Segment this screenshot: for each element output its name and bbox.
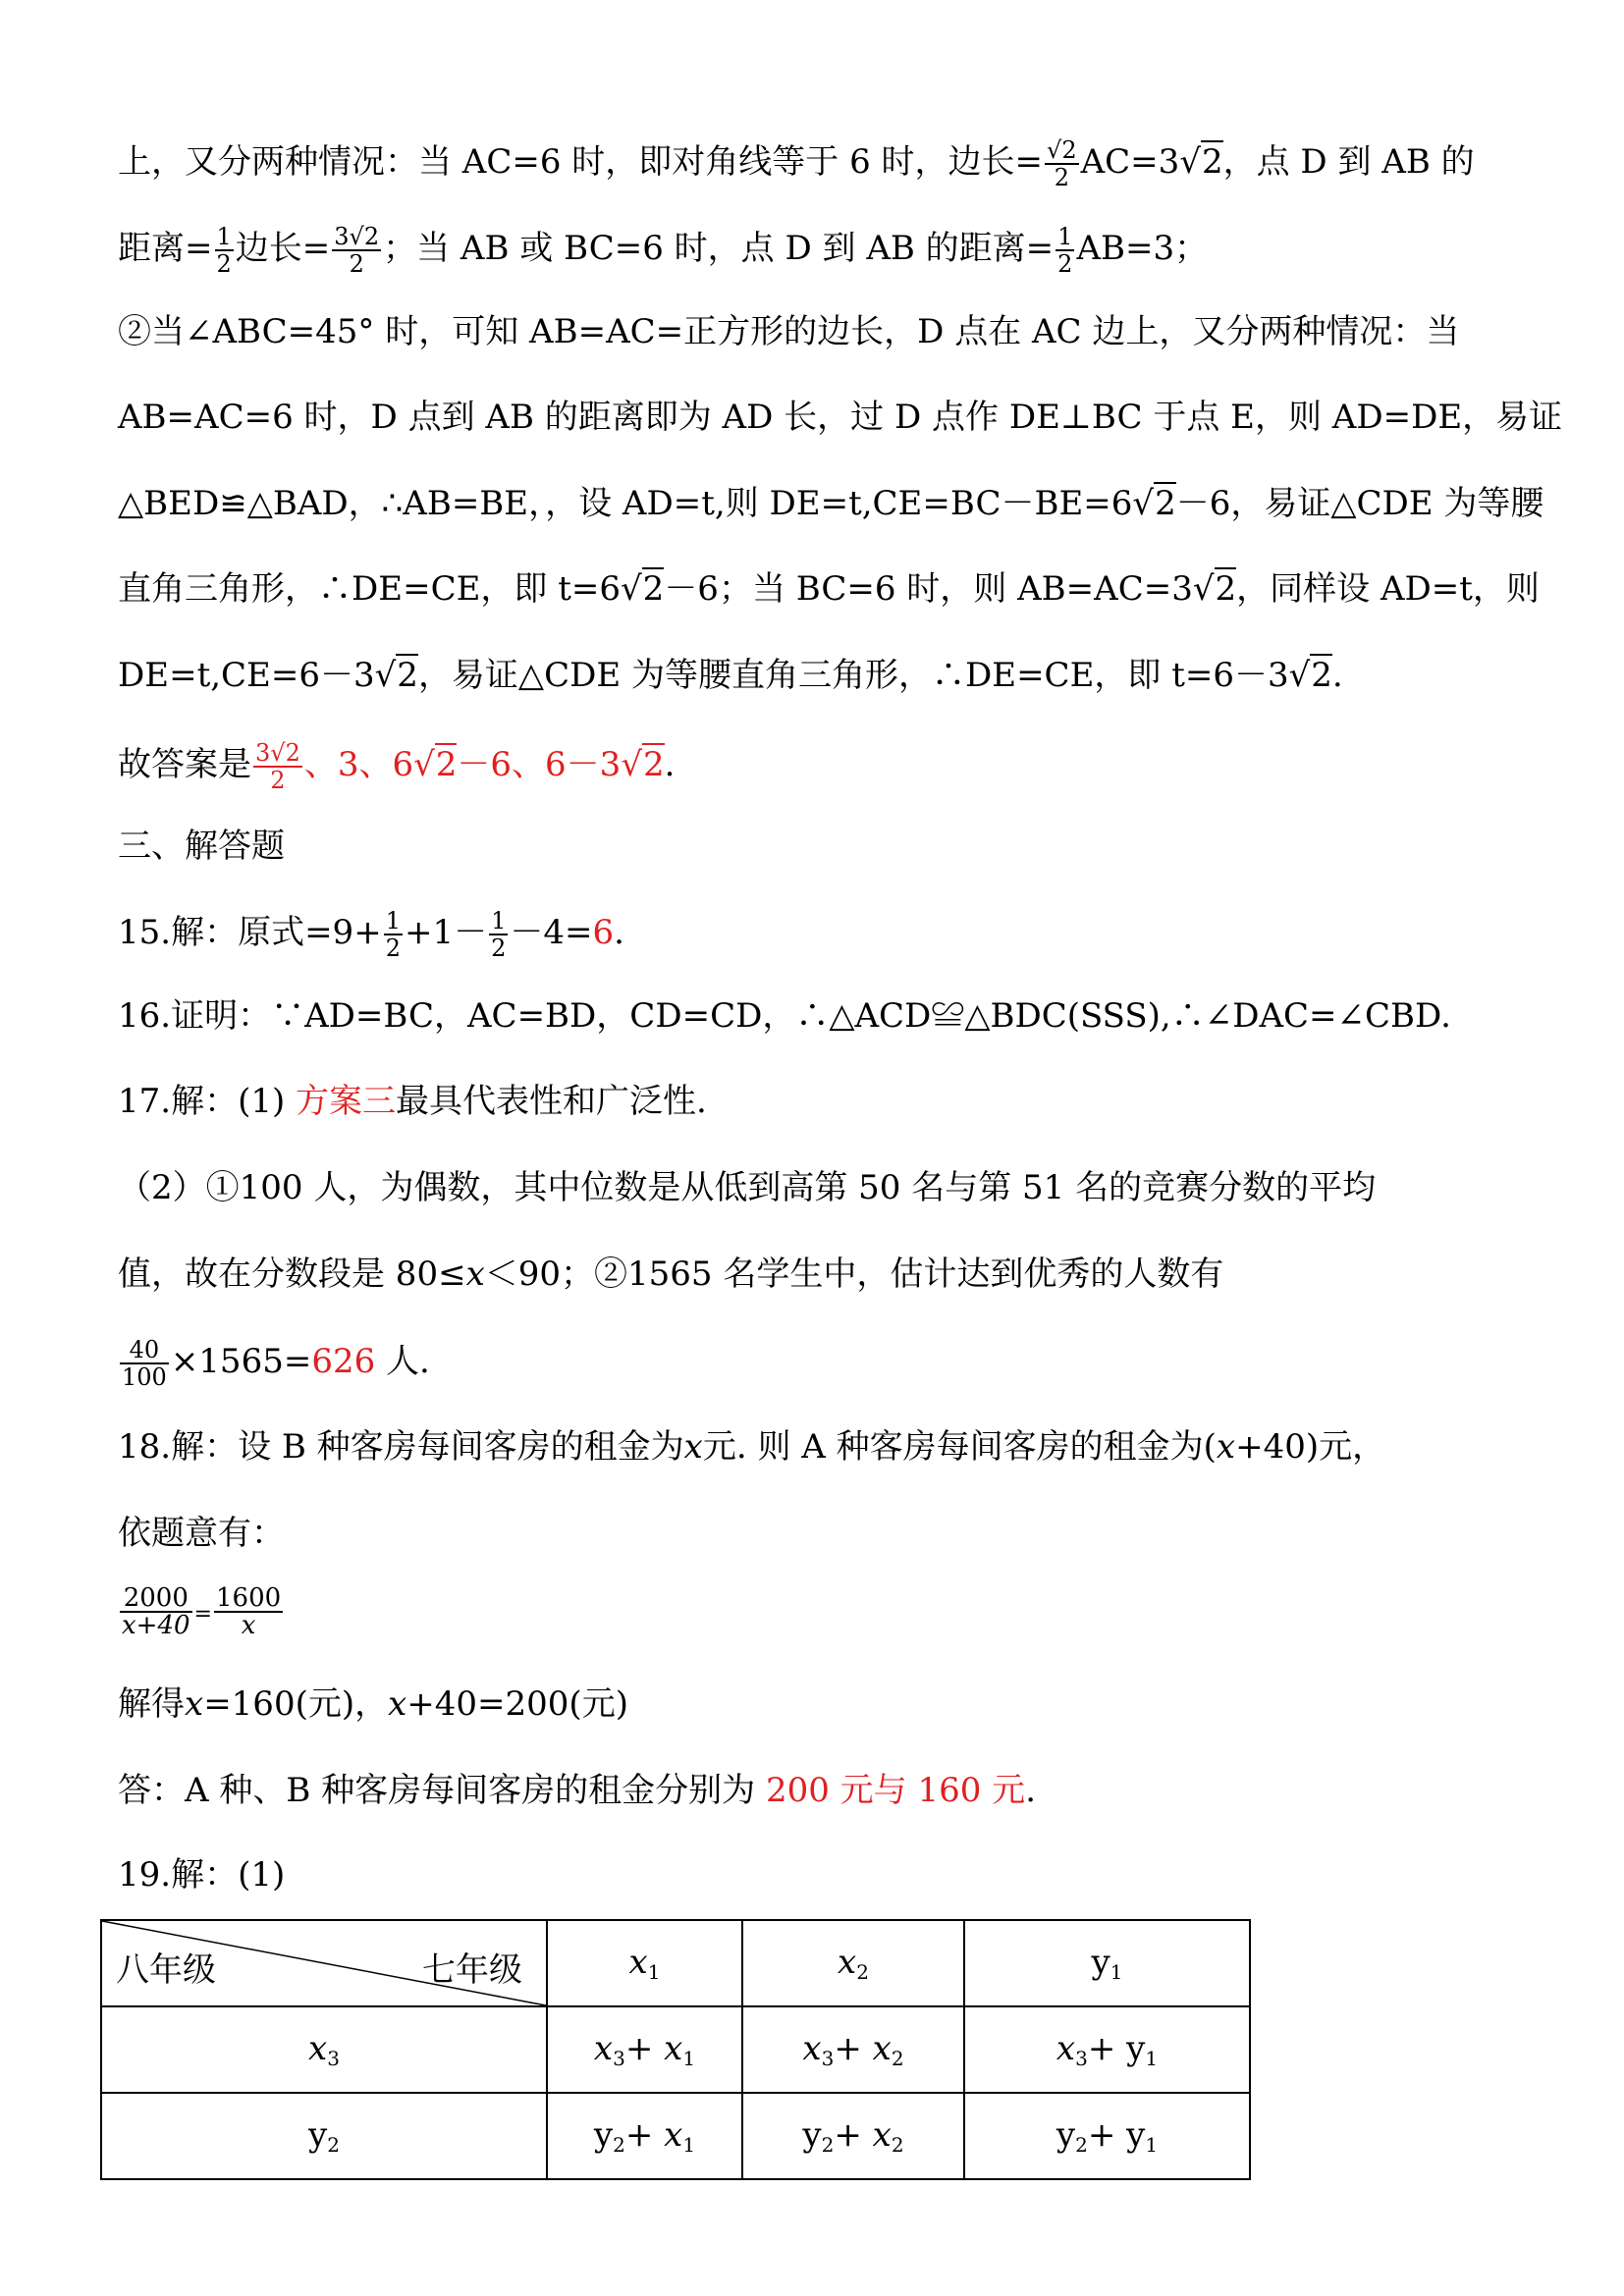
text-segment: AC=3: [1081, 142, 1180, 182]
fraction-denominator: 2: [253, 768, 302, 793]
fraction-numerator: 1: [384, 908, 403, 935]
text-segment: .: [614, 913, 624, 952]
table-cell: x3+ x2: [742, 2006, 964, 2093]
fraction-numerator: 1600: [214, 1585, 283, 1613]
fraction: 3√22: [332, 224, 381, 277]
text-line-1: 上，又分两种情况：当 AC=6 时，即对角线等于 6 时，边长=√22AC=3√…: [118, 137, 1522, 190]
variable-x: x: [388, 1684, 406, 1724]
text-segment: =160(元)，: [203, 1684, 388, 1724]
text-segment: 人.: [375, 1342, 430, 1381]
answer-line-18: 答：A 种、B 种客房每间客房的租金分别为 200 元与 160 元.: [118, 1769, 1522, 1812]
fraction-denominator: 2: [1056, 251, 1074, 277]
text-segment: ＜90；②1565 名学生中，估计达到优秀的人数有: [485, 1255, 1224, 1294]
text-segment: 值，故在分数段是 80≤: [118, 1255, 466, 1294]
fraction-numerator: 3√2: [332, 224, 381, 251]
radicand: 2: [396, 654, 418, 695]
radicand: 2: [642, 567, 665, 609]
radicand: 2: [1310, 654, 1332, 695]
fraction: 12: [215, 224, 234, 277]
text-segment: 距离=: [118, 229, 213, 268]
question-17-part-1: 17.解：(1) 方案三最具代表性和广泛性.: [118, 1080, 1522, 1123]
fraction-denominator: 2: [384, 935, 403, 961]
document-page: 上，又分两种情况：当 AC=6 时，即对角线等于 6 时，边长=√22AC=3√…: [0, 0, 1624, 2296]
table-cell: y2+ y1: [964, 2093, 1250, 2179]
table-row: y2 y2+ x1 y2+ x2 y2+ y1: [101, 2093, 1250, 2179]
text-segment: 15.解：原式=9+: [118, 913, 382, 952]
answer-text: 、3、6: [304, 745, 413, 784]
radicand: 2: [1215, 567, 1237, 609]
radicand: 2: [1201, 140, 1223, 182]
fraction-numerator: 1: [489, 908, 508, 935]
fraction: 1600x: [214, 1585, 283, 1638]
text-line-19: 解得x=160(元)，x+40=200(元): [118, 1682, 1522, 1726]
fraction-denominator: 2: [1045, 165, 1079, 190]
fraction-numerator: 1: [1056, 224, 1074, 251]
sqrt-expression: √2: [413, 743, 457, 786]
table-cell: y2+ x1: [547, 2093, 742, 2179]
section-heading: 三、解答题: [118, 825, 1522, 868]
fraction-numerator: 3√2: [253, 740, 302, 768]
radicand: 2: [435, 743, 458, 784]
text-segment: AB=3；: [1076, 229, 1208, 268]
sqrt-expression: √2: [1193, 567, 1236, 611]
sqrt-expression: √2: [621, 743, 664, 786]
sqrt-expression: √2: [1289, 654, 1332, 697]
variable-x: x: [466, 1255, 485, 1294]
text-segment: +1－: [405, 913, 487, 952]
table-header-cell: x1: [547, 1920, 742, 2006]
text-line-5: △BED≌△BAD，∴AB=BE，，设 AD=t,则 DE=t,CE=BC－BE…: [118, 482, 1522, 525]
fraction: √22: [1045, 137, 1079, 190]
text-line-6: 直角三角形，∴DE=CE，即 t=6√2－6；当 BC=6 时，则 AB=AC=…: [118, 567, 1522, 611]
text-line-17: 依题意有：: [118, 1512, 1522, 1555]
text-segment: －6，易证△CDE 为等腰: [1176, 484, 1544, 523]
text-segment: －4=: [510, 913, 592, 952]
variable-x: x: [684, 1427, 703, 1467]
text-segment: ，点 D 到 AB 的: [1223, 142, 1475, 182]
text-line-14: 值，故在分数段是 80≤x＜90；②1565 名学生中，估计达到优秀的人数有: [118, 1253, 1522, 1296]
answer-line-14: 故答案是3√22、3、6√2－6、6－3√2.: [118, 740, 1522, 793]
sqrt-expression: √2: [621, 567, 664, 611]
table-cell: x3+ x1: [547, 2006, 742, 2093]
text-segment: 17.解：(1): [118, 1082, 296, 1121]
text-segment: +40)元，: [1235, 1427, 1385, 1467]
text-segment: .: [1332, 656, 1343, 695]
text-segment: 故答案是: [118, 745, 251, 784]
text-segment: △BED≌△BAD，∴AB=BE，，设 AD=t,则 DE=t,CE=BC－BE…: [118, 484, 1132, 523]
text-segment: 最具代表性和广泛性.: [396, 1082, 707, 1121]
table-header-cell: y1: [964, 1920, 1250, 2006]
text-line-3: ②当∠ABC=45° 时，可知 AB=AC=正方形的边长，D 点在 AC 边上，…: [118, 310, 1522, 353]
question-15: 15.解：原式=9+12+1－12－4=6.: [118, 908, 1522, 961]
outcome-table: 八年级 七年级 x1 x2 y1 x3 x3+ x1 x3+ x2 x3+ y1…: [100, 1919, 1251, 2180]
text-segment: .: [665, 745, 676, 784]
text-segment: 直角三角形，∴DE=CE，即 t=6: [118, 569, 621, 609]
fraction-denominator: 2: [332, 251, 381, 277]
fraction-numerator: √2: [1045, 137, 1079, 165]
text-segment: 答：A 种、B 种客房每间客房的租金分别为: [118, 1771, 766, 1810]
answer-text: 6: [593, 913, 615, 952]
question-18: 18.解：设 B 种客房每间客房的租金为x元. 则 A 种客房每间客房的租金为(…: [118, 1425, 1522, 1468]
fraction-denominator: 2: [489, 935, 508, 961]
fraction: 12: [489, 908, 508, 961]
fraction-numerator: 2000: [120, 1585, 192, 1613]
text-line-4: AB=AC=6 时，D 点到 AB 的距离即为 AD 长，过 D 点作 DE⊥B…: [118, 396, 1522, 439]
fraction-denominator: x+40: [120, 1613, 192, 1638]
sqrt-expression: √2: [375, 654, 418, 697]
answer-text: －6、6－3: [457, 745, 621, 784]
text-segment: DE=t,CE=6－3: [118, 656, 375, 695]
variable-x: x: [1217, 1427, 1235, 1467]
answer-text: 626: [311, 1342, 375, 1381]
answer-text: 200 元与 160 元: [766, 1771, 1025, 1810]
variable-x: x: [185, 1684, 203, 1724]
text-segment: ；当 AB 或 BC=6 时，点 D 到 AB 的距离=: [383, 229, 1054, 268]
text-segment: ，易证△CDE 为等腰直角三角形，∴DE=CE，即 t=6－3: [418, 656, 1289, 695]
text-segment: 解得: [118, 1684, 185, 1724]
equals-sign: =: [194, 1602, 212, 1627]
table-header-cell: x2: [742, 1920, 964, 2006]
fraction: 2000x+40: [120, 1585, 192, 1638]
text-line-2: 距离=12边长=3√22；当 AB 或 BC=6 时，点 D 到 AB 的距离=…: [118, 224, 1522, 277]
table-row-header: x3: [101, 2006, 547, 2093]
text-segment: .: [1025, 1771, 1036, 1810]
text-segment: +40=200(元): [406, 1684, 628, 1724]
text-segment: －6；当 BC=6 时，则 AB=AC=3: [664, 569, 1193, 609]
text-segment: ，同样设 AD=t，则: [1236, 569, 1540, 609]
text-segment: 18.解：设 B 种客房每间客房的租金为: [118, 1427, 684, 1467]
column-axis-label: 七年级: [422, 1943, 522, 1991]
question-17-part-2: （2）①100 人，为偶数，其中位数是从低到高第 50 名与第 51 名的竞赛分…: [118, 1166, 1522, 1209]
text-segment: 元. 则 A 种客房每间客房的租金为(: [703, 1427, 1217, 1467]
fraction: 12: [1056, 224, 1074, 277]
row-axis-label: 八年级: [116, 1943, 216, 1991]
answer-text: 方案三: [296, 1082, 396, 1121]
table-cell: y2+ x2: [742, 2093, 964, 2179]
fraction-numerator: 1: [215, 224, 234, 251]
table-cell: x3+ y1: [964, 2006, 1250, 2093]
text-line-7: DE=t,CE=6－3√2，易证△CDE 为等腰直角三角形，∴DE=CE，即 t…: [118, 654, 1522, 697]
fraction: 3√22: [253, 740, 302, 793]
radicand: 2: [642, 743, 665, 784]
table-row-header: y2: [101, 2093, 547, 2179]
text-segment: ×1565=: [171, 1342, 312, 1381]
fraction-denominator: 2: [215, 251, 234, 277]
fraction-denominator: 100: [120, 1364, 169, 1390]
table-corner-cell: 八年级 七年级: [101, 1920, 547, 2006]
fraction-numerator: 40: [120, 1337, 169, 1364]
sqrt-expression: √2: [1179, 140, 1222, 184]
text-line-15: 40100×1565=626 人.: [118, 1337, 1522, 1390]
sqrt-expression: √2: [1132, 482, 1175, 525]
text-segment: 上，又分两种情况：当 AC=6 时，即对角线等于 6 时，边长=: [118, 142, 1043, 182]
question-19: 19.解：(1): [118, 1853, 1522, 1896]
question-16: 16.证明：∵AD=BC，AC=BD，CD=CD，∴△ACD≌△BDC(SSS)…: [118, 994, 1522, 1038]
text-segment: 边长=: [236, 229, 331, 268]
equation-line: 2000x+40=1600x: [118, 1585, 1522, 1638]
fraction: 12: [384, 908, 403, 961]
table-header-row: 八年级 七年级 x1 x2 y1: [101, 1920, 1250, 2006]
fraction: 40100: [120, 1337, 169, 1390]
table-row: x3 x3+ x1 x3+ x2 x3+ y1: [101, 2006, 1250, 2093]
fraction-denominator: x: [214, 1613, 283, 1638]
radicand: 2: [1154, 482, 1176, 523]
